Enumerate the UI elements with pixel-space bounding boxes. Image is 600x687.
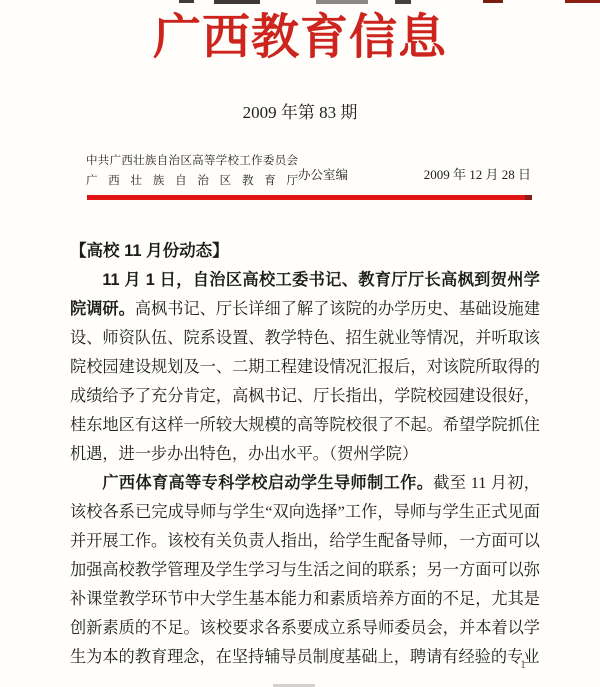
section-heading: 【高校 11 月份动态】 (70, 237, 540, 266)
news-paragraph: 11 月 1 日，自治区高校工委书记、教育厅厅长高枫到贺州学院调研。高枫书记、厅… (70, 266, 540, 469)
page-number: 1 (520, 657, 526, 672)
scan-artifact (214, 0, 260, 4)
publisher-line-1: 中共广西壮族自治区高等学校工作委员会 (86, 151, 298, 171)
paragraph-body: 截至 11 月初，该校各系已完成导师与学生“双向选择”工作，导师与学生正式见面并… (70, 474, 540, 666)
news-paragraph: 广西体育高等专科学校启动学生导师制工作。截至 11 月初，该校各系已完成导师与学… (70, 469, 540, 672)
scan-artifact (483, 0, 503, 3)
publisher-line-2: 广西壮族自治区教育厅 (86, 171, 298, 191)
paragraph-lead: 广西体育高等专科学校启动学生导师制工作。 (102, 474, 433, 492)
body-copy: 【高校 11 月份动态】 11 月 1 日，自治区高校工委书记、教育厅厅长高枫到… (70, 237, 540, 672)
scan-artifact (316, 0, 368, 4)
publisher-block: 中共广西壮族自治区高等学校工作委员会 广西壮族自治区教育厅 (86, 151, 298, 191)
issue-number: 2009 年第 83 期 (0, 101, 600, 124)
scan-artifact (179, 0, 194, 3)
publication-date: 2009 年 12 月 28 日 (424, 164, 531, 183)
document-page: 广西教育信息 2009 年第 83 期 中共广西壮族自治区高等学校工作委员会 广… (0, 0, 600, 687)
masthead-title: 广西教育信息 (0, 10, 600, 66)
editor-credit: 办公室编 (298, 165, 348, 183)
scan-artifact (565, 0, 600, 3)
red-divider-rule (87, 195, 532, 200)
scan-artifact (395, 0, 411, 4)
paragraph-body: 高枫书记、厅长详细了解了该院的办学历史、基础设施建设、师资队伍、院系设置、教学特… (70, 300, 540, 463)
